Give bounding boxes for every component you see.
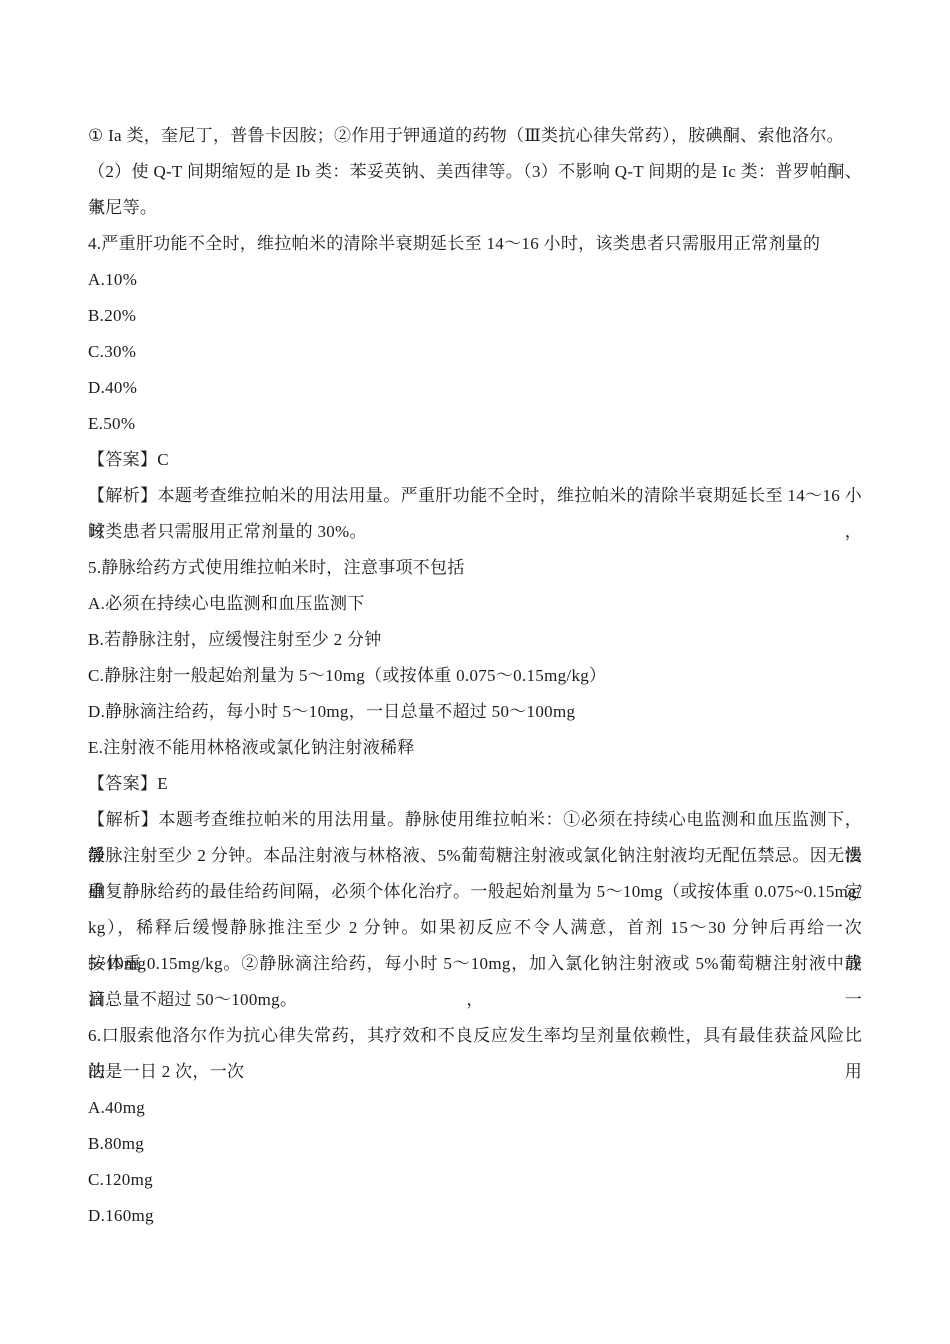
- question-4-stem: 4.严重肝功能不全时，维拉帕米的清除半衰期延长至 14～16 小时，该类患者只需…: [88, 226, 862, 262]
- question-4-answer: 【答案】C: [88, 442, 862, 478]
- question-5-option-a: A.必须在持续心电监测和血压监测下: [88, 586, 862, 622]
- question-6-option-a: A.40mg: [88, 1090, 862, 1126]
- document-page: ① Ia 类，奎尼丁，普鲁卡因胺；②作用于钾通道的药物（Ⅲ类抗心律失常药），胺碘…: [0, 0, 950, 1344]
- question-5-analysis-line-1: 【解析】本题考查维拉帕米的用法用量。静脉使用维拉帕米：①必须在持续心电监测和血压…: [88, 802, 862, 838]
- question-5-option-e: E.注射液不能用林格液或氯化钠注射液稀释: [88, 730, 862, 766]
- question-5-analysis-line-4: kg），稀释后缓慢静脉推注至少 2 分钟。如果初反应不令人满意，首剂 15～30…: [88, 910, 862, 946]
- question-6-option-b: B.80mg: [88, 1126, 862, 1162]
- question-4-option-e: E.50%: [88, 406, 862, 442]
- question-6-option-c: C.120mg: [88, 1162, 862, 1198]
- question-5-option-c: C.静脉注射一般起始剂量为 5～10mg（或按体重 0.075～0.15mg/k…: [88, 658, 862, 694]
- question-5-analysis-line-2: 静脉注射至少 2 分钟。本品注射液与林格液、5%葡萄糖注射液或氯化钠注射液均无配…: [88, 838, 862, 874]
- note-qt-interval-line-2: 卡尼等。: [88, 190, 862, 226]
- question-4-option-d: D.40%: [88, 370, 862, 406]
- question-4-option-c: C.30%: [88, 334, 862, 370]
- question-5-analysis-line-3: 重复静脉给药的最佳给药间隔，必须个体化治疗。一般起始剂量为 5～10mg（或按体…: [88, 874, 862, 910]
- question-4-option-b: B.20%: [88, 298, 862, 334]
- question-5-option-d: D.静脉滴注给药，每小时 5～10mg，一日总量不超过 50～100mg: [88, 694, 862, 730]
- question-4-option-a: A.10%: [88, 262, 862, 298]
- question-5-answer: 【答案】E: [88, 766, 862, 802]
- note-class-i-drugs-line-1: ① Ia 类，奎尼丁，普鲁卡因胺；②作用于钾通道的药物（Ⅲ类抗心律失常药），胺碘…: [88, 118, 862, 154]
- question-5-analysis-line-5: 按体重 0.15mg/kg。②静脉滴注给药，每小时 5～10mg，加入氯化钠注射…: [88, 946, 862, 982]
- question-6-option-d: D.160mg: [88, 1198, 862, 1234]
- note-qt-interval-line-1: （2）使 Q-T 间期缩短的是 Ib 类：苯妥英钠、美西律等。（3）不影响 Q-…: [88, 154, 862, 190]
- question-4-analysis-line-1: 【解析】本题考查维拉帕米的用法用量。严重肝功能不全时，维拉帕米的清除半衰期延长至…: [88, 478, 862, 514]
- document-content: ① Ia 类，奎尼丁，普鲁卡因胺；②作用于钾通道的药物（Ⅲ类抗心律失常药），胺碘…: [88, 118, 862, 1234]
- question-5-option-b: B.若静脉注射，应缓慢注射至少 2 分钟: [88, 622, 862, 658]
- question-6-stem-line-1: 6.口服索他洛尔作为抗心律失常药，其疗效和不良反应发生率均呈剂量依赖性，具有最佳…: [88, 1018, 862, 1054]
- question-5-stem: 5.静脉给药方式使用维拉帕米时，注意事项不包括: [88, 550, 862, 586]
